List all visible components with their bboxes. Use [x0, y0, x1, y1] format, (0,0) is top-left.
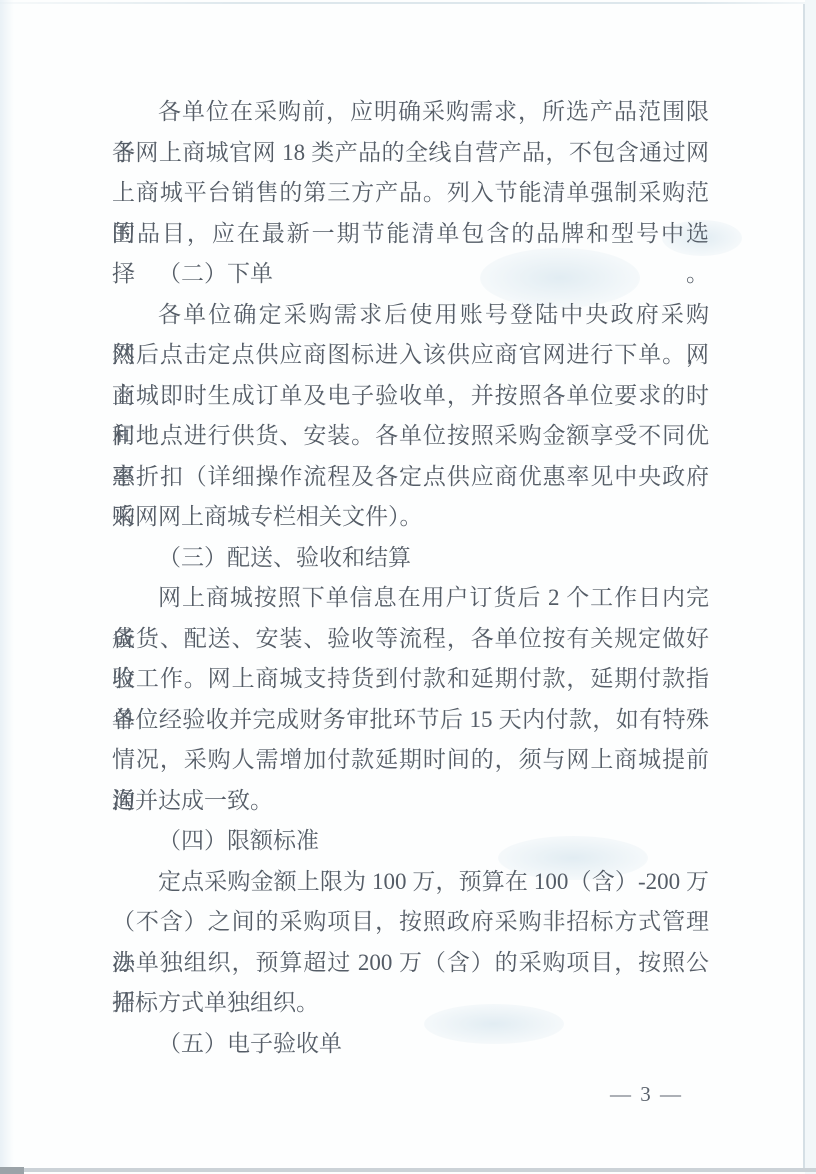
scan-edge-bottom — [0, 1168, 816, 1172]
scan-edge-left — [0, 0, 14, 1174]
body-text-line: 各单位在采购前，应明确采购需求，所选产品范围限于 — [112, 92, 709, 133]
body-text-line: 购网网上商城专栏相关文件）。 — [112, 497, 709, 538]
body-text-line: 备货、配送、安装、验收等流程，各单位按有关规定做好验 — [112, 619, 709, 660]
body-text-line: 单位经验收并完成财务审批环节后 15 天内付款，如有特殊 — [112, 700, 709, 741]
body-text-line: 和地点进行供货、安装。各单位按照采购金额享受不同优惠 — [112, 416, 709, 457]
body-text-line: 招标方式单独组织。 — [112, 983, 709, 1024]
body-text-line: 商城即时生成订单及电子验收单，并按照各单位要求的时间 — [112, 376, 709, 417]
document-body: 各单位在采购前，应明确采购需求，所选产品范围限于各网上商城官网 18 类产品的全… — [112, 92, 709, 1064]
body-text-line: 定点采购金额上限为 100 万，预算在 100（含）-200 万 — [112, 862, 709, 903]
section-heading: （四）限额标准 — [112, 821, 709, 862]
body-text-line: 网上商城按照下单信息在用户订货后 2 个工作日内完成 — [112, 578, 709, 619]
section-heading: （五）电子验收单 — [112, 1024, 709, 1065]
body-text-line: 情况，采购人需增加付款延期时间的，须与网上商城提前沟 — [112, 740, 709, 781]
body-text-line: 各单位确定采购需求后使用账号登陆中央政府采购网， — [112, 295, 709, 336]
scan-margin-right — [805, 0, 816, 1174]
section-heading: （三）配送、验收和结算 — [112, 538, 709, 579]
body-text-line: 然后点击定点供应商图标进入该供应商官网进行下单。网上 — [112, 335, 709, 376]
body-text-line: 法单独组织，预算超过 200 万（含）的采购项目，按照公开 — [112, 943, 709, 984]
body-text-line: 各网上商城官网 18 类产品的全线自营产品，不包含通过网 — [112, 133, 709, 174]
body-text-line: （不含）之间的采购项目，按照政府采购非招标方式管理办 — [112, 902, 709, 943]
body-text-line: 的品目，应在最新一期节能清单包含的品牌和型号中选择。 — [112, 214, 709, 255]
scan-corner-bottom-left — [0, 1167, 24, 1174]
scan-edge-top — [0, 2, 816, 4]
page-number: — 3 — — [610, 1082, 683, 1107]
body-text-line: 收工作。网上商城支持货到付款和延期付款，延期付款指各 — [112, 659, 709, 700]
scanned-page: 各单位在采购前，应明确采购需求，所选产品范围限于各网上商城官网 18 类产品的全… — [0, 0, 816, 1174]
body-text-line: 率折扣（详细操作流程及各定点供应商优惠率见中央政府采 — [112, 457, 709, 498]
body-text-line: 通并达成一致。 — [112, 781, 709, 822]
body-text-line: 上商城平台销售的第三方产品。列入节能清单强制采购范围 — [112, 173, 709, 214]
